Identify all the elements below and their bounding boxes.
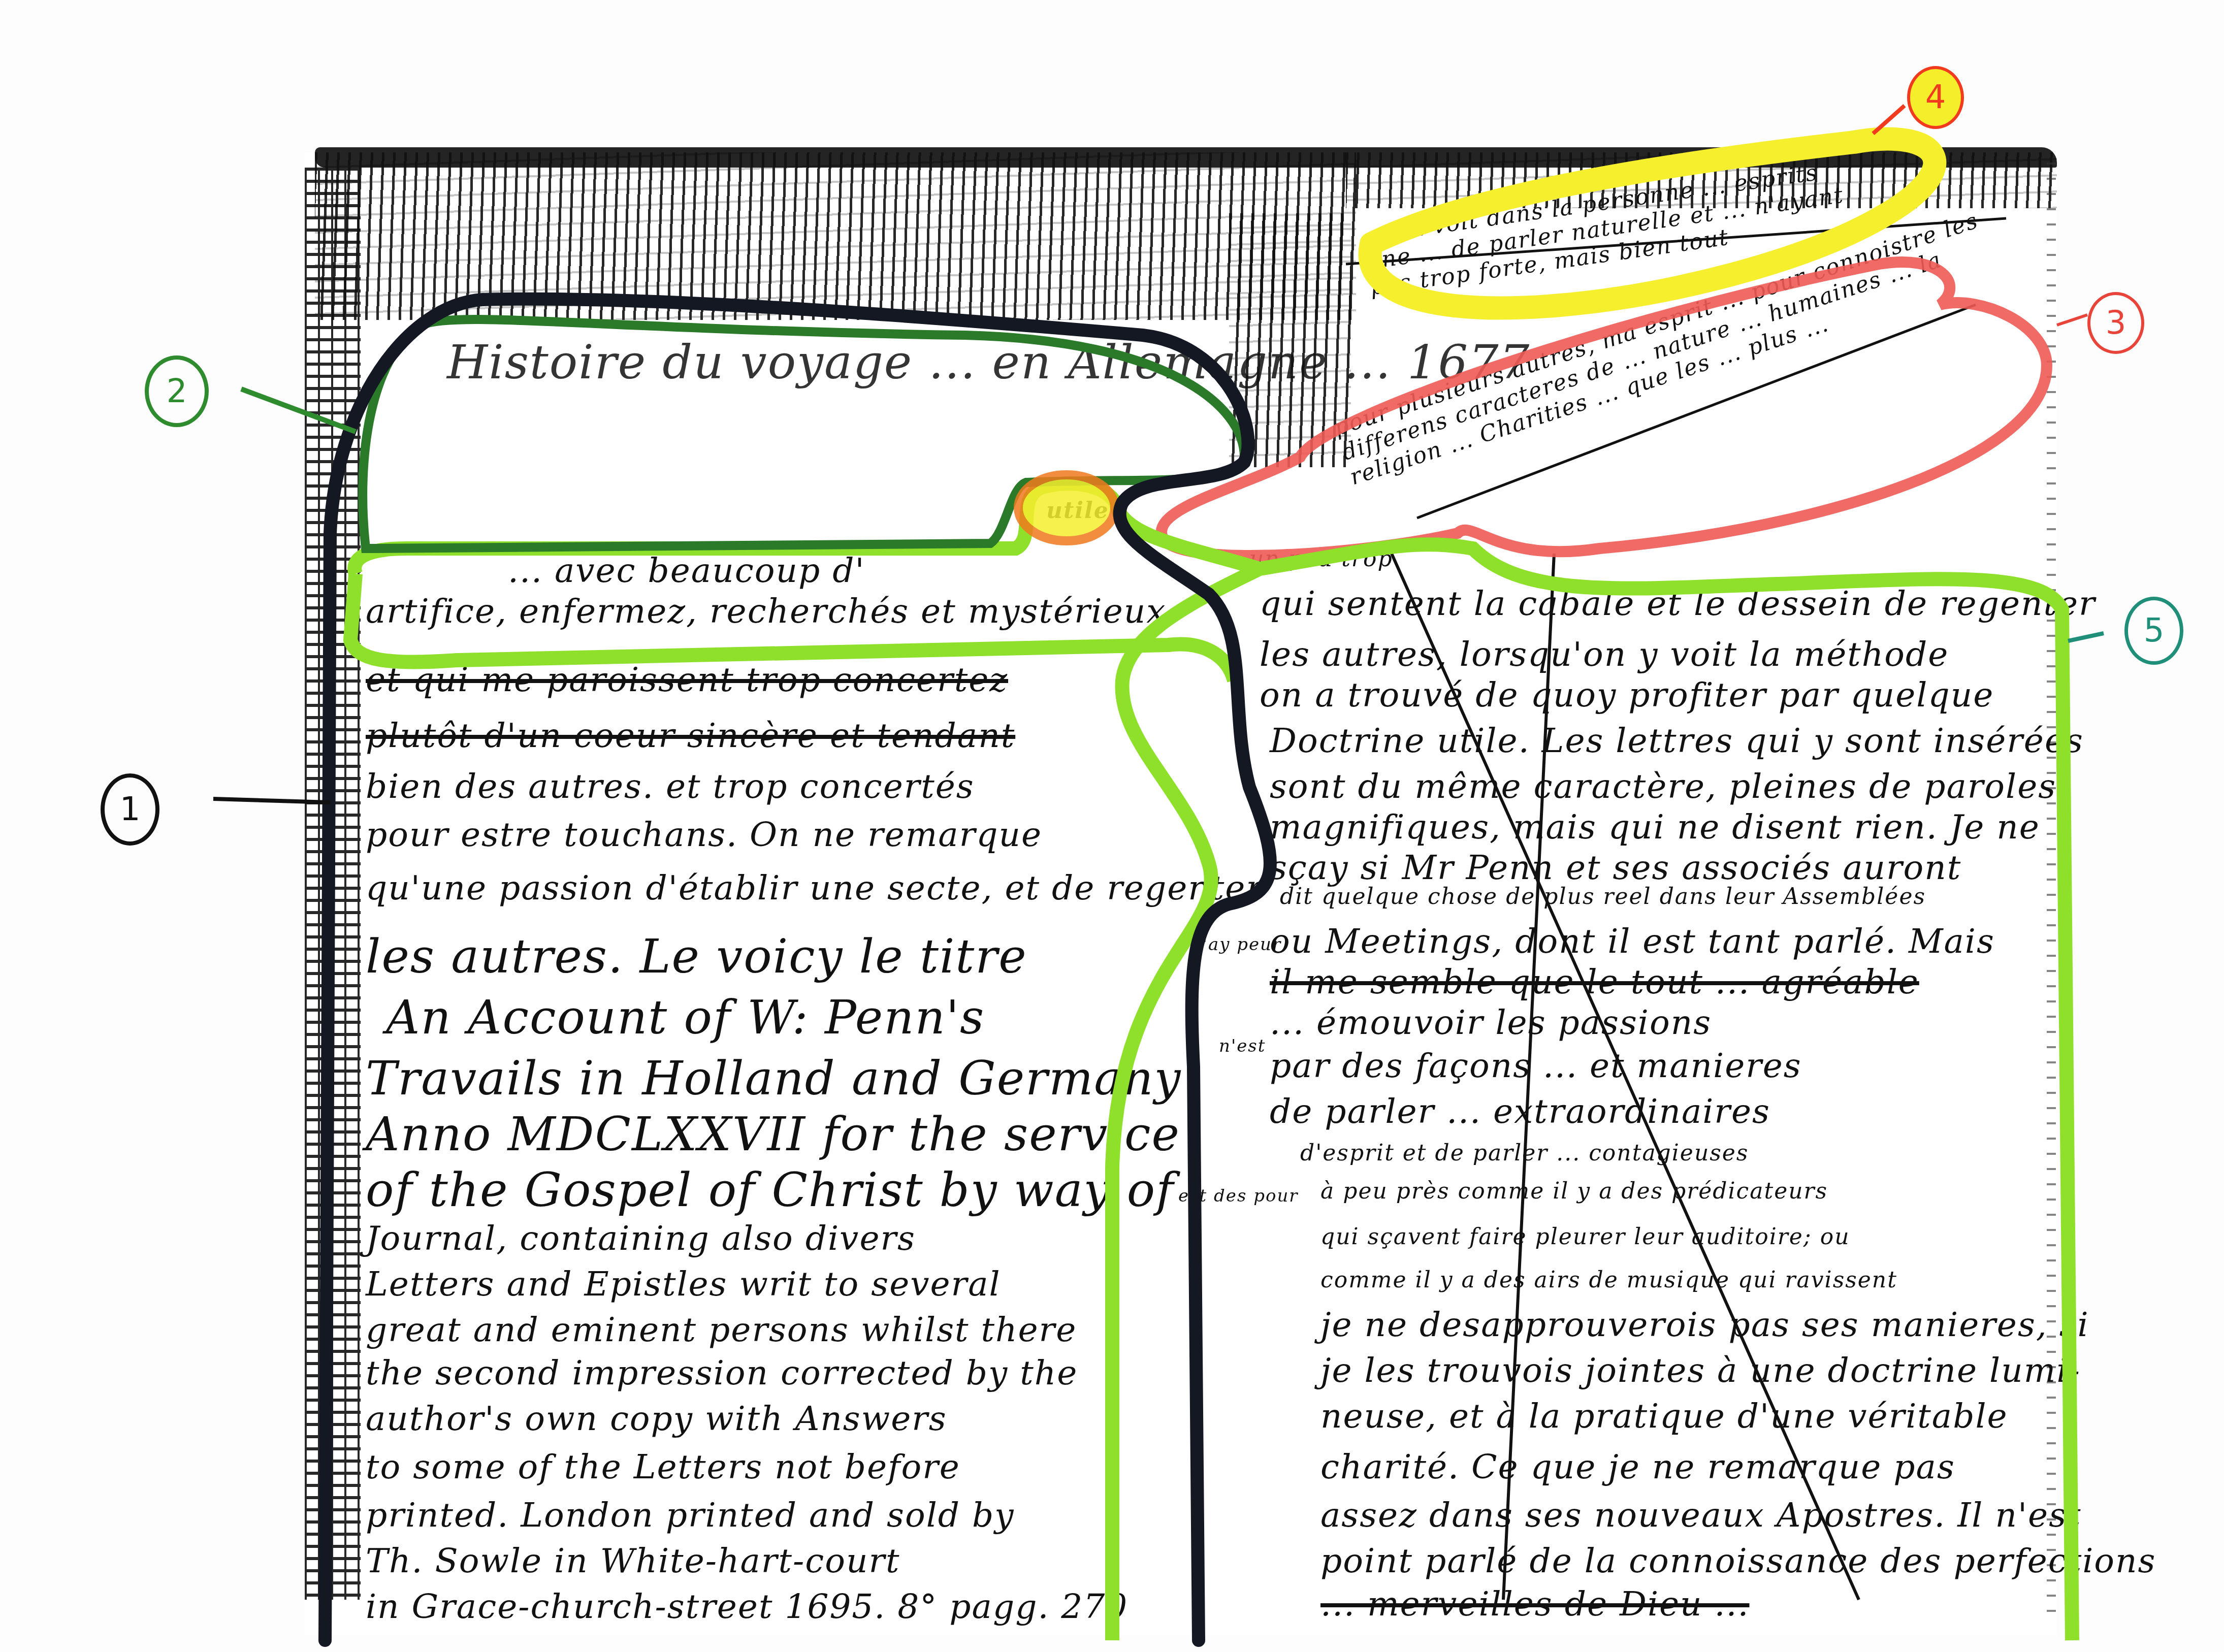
right-line-2: qui sentent la cabale et le dessein de r…: [1260, 584, 2096, 623]
margin-note-2: n'est: [1219, 1036, 1266, 1056]
annotation-label-5: 5: [2124, 597, 2183, 665]
right-line-19: je ne desapprouverois pas ses manieres, …: [1320, 1305, 2089, 1344]
right-line-15: d'esprit et de parler ... contagieuses: [1300, 1140, 1749, 1166]
right-line-3: les autres, lorsqu'on y voit la méthode: [1260, 635, 1949, 674]
right-line-10: ou Meetings, dont il est tant parlé. Mai…: [1270, 922, 1995, 961]
right-line-9: dit quelque chose de plus reel dans leur…: [1280, 884, 1926, 910]
left-line-7: qu'une passion d'établir une secte, et d…: [366, 868, 1263, 908]
left-line-1: ... avec beaucoup d': [508, 551, 865, 590]
orange-marker-text: utile: [1046, 498, 1109, 524]
margin-note-1: j'ay peur: [1196, 934, 1281, 955]
dense-handwriting-top: [315, 152, 1356, 320]
leader-3: [2057, 315, 2087, 325]
scan-right-edge: [2047, 163, 2056, 1615]
right-line-12: ... émouvoir les passions: [1270, 1003, 1712, 1042]
right-line-20: je les trouvois jointes à une doctrine l…: [1320, 1351, 2081, 1390]
right-line-23: assez dans ses nouveaux Apostres. Il n'e…: [1320, 1496, 2082, 1535]
annotation-label-1: 1: [101, 773, 159, 846]
annotation-label-2: 2: [145, 355, 209, 427]
left-line-16: the second impression corrected by the: [366, 1353, 1078, 1392]
leader-5: [2068, 633, 2104, 641]
right-line-21: neuse, et à la pratique d'une véritable: [1320, 1397, 2008, 1436]
left-line-12: of the Gospel of Christ by way of: [366, 1163, 1174, 1217]
left-line-21: in Grace-church-street 1695. 8° pagg. 27…: [366, 1587, 1128, 1626]
left-line-5: bien des autres. et trop concertés: [366, 767, 975, 806]
right-line-8: sçay si Mr Penn et ses associés auront: [1270, 848, 1961, 887]
right-line-14: de parler ... extraordinaires: [1270, 1092, 1770, 1131]
right-line-18: comme il y a des airs de musique qui rav…: [1320, 1267, 1897, 1293]
dense-handwriting-left-margin: [305, 168, 361, 1600]
annotation-label-3: 3: [2087, 292, 2144, 354]
left-line-17: author's own copy with Answers: [366, 1399, 947, 1438]
right-line-4: on a trouvé de quoy profiter par quelque: [1260, 675, 1994, 715]
left-line-2: artifice, enfermez, recherchés et mystér…: [366, 592, 1166, 631]
right-line-1: un peu trop: [1249, 546, 1393, 572]
left-line-6: pour estre touchans. On ne remarque: [366, 815, 1042, 854]
right-line-13: par des façons ... et manieres: [1270, 1046, 1802, 1085]
left-line-8: les autres. Le voicy le titre: [366, 929, 1027, 984]
left-line-14: Letters and Epistles writ to several: [366, 1265, 1001, 1304]
right-line-6: sont du même caractère, pleines de parol…: [1270, 767, 2056, 806]
right-line-22: charité. Ce que je ne remarque pas: [1320, 1447, 1955, 1486]
right-line-7: magnifiques, mais qui ne disent rien. Je…: [1270, 807, 2040, 847]
annotation-label-4: 4: [1907, 66, 1964, 129]
left-line-3: et qui me paroissent trop concertez: [366, 660, 1008, 699]
left-line-10: Travails in Holland and Germany: [366, 1051, 1181, 1106]
right-line-16: à peu près comme il y a des prédicateurs: [1320, 1178, 1828, 1204]
right-line-5: Doctrine utile. Les lettres qui y sont i…: [1270, 721, 2084, 760]
left-line-9: An Account of W: Penn's: [386, 990, 985, 1045]
right-line-24: point parlé de la connoissance des perfe…: [1320, 1541, 2156, 1580]
right-line-17: qui sçavent faire pleurer leur auditoire…: [1320, 1224, 1850, 1250]
left-line-4: plutôt d'un coeur sincère et tendant: [366, 716, 1015, 755]
document-page: Histoire du voyage ... en Allemagne ... …: [0, 0, 2224, 1652]
title-region-text: Histoire du voyage ... en Allemagne ... …: [447, 335, 1530, 390]
right-line-11: il me semble que le tout ... agréable: [1270, 962, 1919, 1001]
left-line-15: great and eminent persons whilst there: [366, 1310, 1077, 1349]
left-line-18: to some of the Letters not before: [366, 1447, 960, 1486]
left-line-11: Anno MDCLXXVII for the service: [366, 1107, 1180, 1161]
leader-4: [1873, 106, 1905, 134]
left-line-19: printed. London printed and sold by: [366, 1496, 1015, 1535]
left-line-20: Th. Sowle in White-hart-court: [366, 1541, 900, 1580]
margin-note-3: est des pour: [1178, 1186, 1299, 1206]
left-line-13: Journal, containing also divers: [366, 1219, 916, 1258]
right-line-25: ... merveilles de Dieu ...: [1320, 1584, 1749, 1624]
